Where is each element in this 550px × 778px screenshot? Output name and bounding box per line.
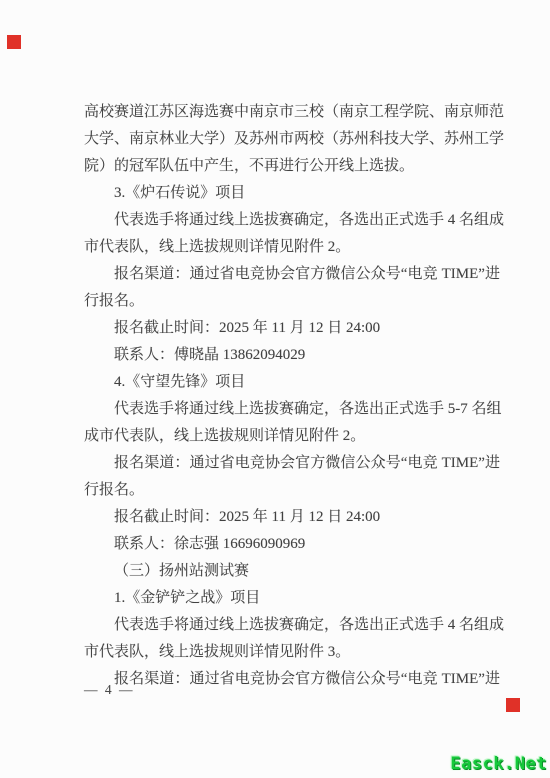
deadline-line: 报名截止时间：2025 年 11 月 12 日 24:00 (84, 315, 500, 342)
paragraph-line: 行报名。 (84, 288, 500, 315)
project-heading-tft: 1.《金铲铲之战》项目 (84, 585, 500, 612)
corner-mark-bottom-right (506, 698, 520, 712)
scanned-document-page: 高校赛道江苏区海选赛中南京市三校（南京工程学院、南京师范 大学、南京林业大学）及… (0, 0, 550, 778)
paragraph-line: 院）的冠军队伍中产生，不再进行公开线上选拔。 (84, 153, 500, 180)
paragraph-line: 成市代表队，线上选拔规则详情见附件 2。 (84, 423, 500, 450)
project-heading-overwatch: 4.《守望先锋》项目 (84, 369, 500, 396)
paragraph-line: 代表选手将通过线上选拔赛确定，各选出正式选手 5-7 名组 (84, 396, 500, 423)
deadline-line: 报名截止时间：2025 年 11 月 12 日 24:00 (84, 504, 500, 531)
paragraph-line: 代表选手将通过线上选拔赛确定，各选出正式选手 4 名组成 (84, 207, 500, 234)
document-body: 高校赛道江苏区海选赛中南京市三校（南京工程学院、南京师范 大学、南京林业大学）及… (84, 99, 500, 693)
paragraph-line: 代表选手将通过线上选拔赛确定，各选出正式选手 4 名组成 (84, 612, 500, 639)
section-heading-yangzhou: （三）扬州站测试赛 (84, 558, 500, 585)
contact-line: 联系人：傅晓晶 13862094029 (84, 342, 500, 369)
registration-channel-line: 报名渠道：通过省电竞协会官方微信公众号“电竞 TIME”进 (84, 666, 500, 693)
paragraph-line: 行报名。 (84, 477, 500, 504)
paragraph-line: 市代表队，线上选拔规则详情见附件 3。 (84, 639, 500, 666)
registration-channel-line: 报名渠道：通过省电竞协会官方微信公众号“电竞 TIME”进 (84, 450, 500, 477)
project-heading-hearthstone: 3.《炉石传说》项目 (84, 180, 500, 207)
paragraph-line: 高校赛道江苏区海选赛中南京市三校（南京工程学院、南京师范 (84, 99, 500, 126)
page-number: — 4 — (84, 682, 135, 698)
paragraph-line: 市代表队，线上选拔规则详情见附件 2。 (84, 234, 500, 261)
corner-mark-top-left (7, 35, 21, 49)
watermark-easck: Easck.Net (450, 754, 547, 774)
contact-line: 联系人：徐志强 16696090969 (84, 531, 500, 558)
paragraph-line: 大学、南京林业大学）及苏州市两校（苏州科技大学、苏州工学 (84, 126, 500, 153)
registration-channel-line: 报名渠道：通过省电竞协会官方微信公众号“电竞 TIME”进 (84, 261, 500, 288)
